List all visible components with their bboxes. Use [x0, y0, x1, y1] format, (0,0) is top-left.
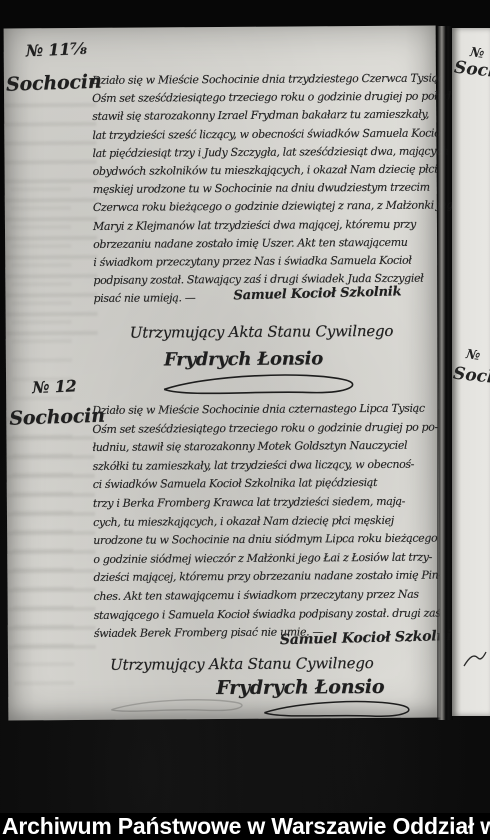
manuscript-line: o godzinie siódmej wieczór z Małżonki je… — [93, 550, 443, 571]
manuscript-line: urodzone tu w Sochocinie na dniu siódmym… — [93, 532, 443, 553]
margin-place-name: Soch — [453, 58, 490, 83]
ink-mark — [462, 650, 488, 670]
manuscript-line: trzy i Berka Fromberg Krawca lat trzydzi… — [93, 494, 443, 515]
manuscript-line: Czerwca roku bieżącego o godzinie dziewi… — [93, 199, 439, 220]
record-act-12: № 12 Sochocin Działo się w Mieście Socho… — [4, 26, 436, 29]
registrar-title: Utrzymujący Akta Stanu Cywilnego — [110, 654, 374, 674]
margin-place-name: Soch — [452, 364, 490, 389]
manuscript-line: Działo się w Mieście Sochocinie dnia czt… — [92, 401, 442, 422]
bleedthrough-texture — [4, 94, 98, 345]
manuscript-line: szkółki tu zamieszkały, lat trzydzieści … — [93, 457, 443, 478]
archive-caption-text: Archiwum Państwowe w Warszawie Oddział w… — [2, 813, 490, 840]
manuscript-line: obrzezaniu nadane zostało imię Uszer. Ak… — [93, 235, 439, 256]
margin-place-name: Sochocin — [6, 71, 102, 96]
signature-flourish — [258, 698, 418, 725]
page-binding-shadow — [437, 26, 453, 720]
adjacent-page-fragment: № Soch № Soch — [452, 28, 490, 716]
manuscript-line: ches. Akt ten stawającemu i świadkom prz… — [94, 587, 444, 608]
archive-caption-bar: Archiwum Państwowe w Warszawie Oddział w… — [0, 813, 490, 840]
act-number: № — [465, 347, 481, 364]
bleedthrough-texture — [6, 408, 96, 659]
scanned-archive-image: № 11⅞ Sochocin Działo się w Mieście Soch… — [0, 0, 490, 840]
manuscript-line: Ośm set sześćdziesiątego trzeciego roku … — [92, 420, 442, 441]
manuscript-line: stawającego i Samuela Kocioł świadka pod… — [94, 606, 444, 627]
act-number: № 11⅞ — [25, 39, 87, 61]
manuscript-line: lat pięćdziesiąt trzy i Judy Szczygła, l… — [92, 144, 438, 165]
bleedthrough-texture — [11, 178, 75, 698]
witness-signature: Samuel Kocioł Szkolnik — [280, 628, 461, 648]
act-body-text: Działo się w Mieście Sochocinie dnia czt… — [92, 401, 444, 645]
manuscript-line: Maryi z Klejmanów lat trzydzieści dwa ma… — [93, 217, 439, 238]
act-number: № 12 — [32, 376, 77, 397]
manuscript-line: cych, tu mieszkających, i okazał Nam dzi… — [93, 513, 443, 534]
manuscript-line: i świadkom przeczytany przez Nas i świad… — [93, 253, 439, 274]
manuscript-line: ci świadków Samuela Kocioł Szkolnika lat… — [93, 476, 443, 497]
manuscript-line: łudniu, stawił się starozakonny Motek Go… — [92, 439, 442, 460]
registrar-title: Utrzymujący Akta Stanu Cywilnego — [130, 322, 394, 342]
manuscript-page: № 11⅞ Sochocin Działo się w Mieście Soch… — [4, 26, 441, 721]
signature-flourish — [156, 370, 366, 403]
manuscript-line: obydwóch szkolników tu mieszkających, i … — [93, 162, 439, 183]
registrar-signature: Frydrych Łonsio — [164, 348, 323, 370]
margin-place-name: Sochocin — [9, 405, 105, 430]
manuscript-line: stawił się starozakonny Izrael Frydman b… — [92, 108, 438, 129]
pencil-flourish — [103, 693, 253, 720]
act-body-text: Działo się w Mieście Sochocinie dnia trz… — [92, 71, 440, 310]
manuscript-line: Ośm set sześćdziesiątego trzeciego roku … — [92, 90, 438, 111]
manuscript-line: lat trzydzieści sześć liczący, w obecnoś… — [92, 126, 438, 147]
record-act-11: № 11⅞ Sochocin Działo się w Mieście Soch… — [4, 26, 436, 29]
manuscript-line: dzieści mającej, któremu przy obrzezaniu… — [93, 569, 443, 590]
manuscript-line: męskiej urodzone tu w Sochocinie na dniu… — [93, 181, 439, 202]
